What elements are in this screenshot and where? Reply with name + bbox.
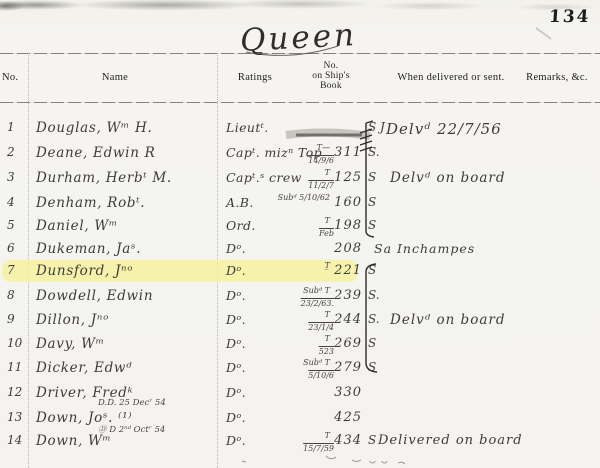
entry-name: Davy, Wᵐ: [36, 336, 105, 352]
entry-book-number: 269: [318, 336, 362, 351]
ledger-row: 9 Dillon, Jⁿᵒ Dᵒ. T 23/1/4 244 S. Delvᵈ …: [0, 312, 600, 336]
entry-delivery-mark: S.: [368, 145, 380, 159]
entry-book-number: 221: [318, 263, 362, 278]
entry-name-note: D.D. 25 Decʳ 54: [98, 398, 166, 408]
entry-number: 12: [7, 385, 29, 399]
entry-delivery-note: Sa Inchampes: [374, 241, 475, 256]
entry-number: 6: [7, 241, 29, 255]
entry-rating: Dᵒ.: [226, 385, 246, 400]
entry-name: Dukeman, Jaˢ.: [36, 241, 141, 257]
entry-delivery-mark: S: [368, 263, 376, 277]
entry-name: Douglas, Wᵐ H.: [36, 120, 152, 136]
entry-name: Denham, Robᵗ.: [36, 195, 145, 211]
entry-book-annotation: T: [240, 310, 330, 319]
page-number: 134: [548, 7, 591, 27]
entry-name: Down, Wᵐ: [36, 433, 112, 449]
entry-delivery-note: Delvᵈ on board: [390, 170, 505, 186]
entry-number: 1: [7, 120, 29, 134]
entry-delivery-note: Delvᵈ 22/7/56: [386, 120, 502, 138]
entry-book-annotation: Subᵈ 5/10/62: [240, 193, 330, 202]
entry-book-annotation: Subᵈ T: [240, 358, 330, 367]
entry-rating: Dᵒ.: [226, 410, 246, 425]
entry-book-number: 279: [318, 360, 362, 375]
entry-delivery-mark: S J: [368, 120, 385, 134]
entry-name: Daniel, Wᵐ: [36, 218, 118, 234]
entry-book-number: 330: [318, 385, 362, 400]
entry-number: 14: [7, 433, 29, 447]
entry-rating: Lieutᵗ.: [226, 120, 269, 135]
entry-delivery-note: Delvᵈ on board: [390, 312, 505, 328]
entry-rating: Dᵒ.: [226, 241, 246, 256]
entry-name: Dillon, Jⁿᵒ: [36, 312, 109, 328]
entry-delivery-mark: S: [368, 433, 376, 447]
entry-book-annotation: T: [240, 334, 330, 343]
entry-name: Dunsford, Jⁿᵒ: [36, 263, 133, 279]
entry-delivery-mark: S.: [368, 312, 380, 326]
ledger-row: 5 Daniel, Wᵐ Ord. T Feb 198 S: [0, 218, 600, 242]
entry-book-annotation: Subᵈ T: [240, 286, 330, 295]
column-header-name: Name: [55, 72, 175, 83]
entry-delivery-mark: S.: [368, 288, 380, 302]
scan-smudge-top: [0, 0, 600, 18]
entry-number: 5: [7, 218, 29, 232]
entry-book-number: 244: [318, 312, 362, 327]
entry-number: 11: [7, 360, 29, 374]
entry-book-annotation: T—: [240, 143, 330, 152]
column-header-remarks: Remarks, &c.: [517, 72, 597, 83]
entry-delivery-mark: S: [368, 336, 376, 350]
ship-book-line2: on Ship's: [301, 71, 361, 81]
entry-number: 4: [7, 195, 29, 209]
entry-delivery-mark: S: [368, 195, 376, 209]
entry-delivery-mark: S: [368, 360, 376, 374]
entry-book-number: 434: [318, 433, 362, 448]
entry-name: Durham, Herbᵗ M.: [36, 170, 172, 186]
entry-book-number: 239: [318, 288, 362, 303]
ledger-row: 1 Douglas, Wᵐ H. Lieutᵗ. S J Delvᵈ 22/7/…: [0, 120, 600, 144]
entry-book-number: 208: [318, 241, 362, 256]
entry-book-annotation: T: [240, 168, 330, 177]
column-header-delivered: When delivered or sent.: [391, 72, 511, 83]
entry-delivery-mark: S: [368, 218, 376, 232]
ledger-row: 12 Driver, Fredᵏ D.D. 25 Decʳ 54 Dᵒ. 330: [0, 385, 600, 409]
entry-number: 10: [7, 336, 29, 350]
ledger-row: 7 Dunsford, Jⁿᵒ Dᵒ. T̲ 221 S: [0, 263, 600, 287]
ledger-row: 14 Down, Wᵐ Dᵒ. T 15/7/59 434 S Delivere…: [0, 433, 600, 457]
bottom-partial-scribbles: [242, 456, 405, 464]
entry-number: 8: [7, 288, 29, 302]
entry-book-annotation: T: [240, 431, 330, 440]
entry-book-number: 160: [318, 195, 362, 210]
entry-name: Deane, Edwin R: [36, 145, 155, 161]
entry-book-annotation: T̲: [240, 261, 330, 270]
entry-book-number: 311: [318, 145, 362, 160]
ledger-page: Queen 134 No. Name Ratings No. on Ship's…: [0, 0, 600, 468]
header-bottom-rule: [0, 102, 600, 103]
ledger-row: 3 Durham, Herbᵗ M. Capᵗ.ˢ crew T 11/2/7 …: [0, 170, 600, 194]
entry-number: 7: [7, 263, 29, 277]
page-number-smear: [536, 28, 551, 39]
column-header-no: No.: [2, 72, 32, 83]
ledger-row: 10 Davy, Wᵐ Dᵒ. T 523 269 S: [0, 336, 600, 360]
entry-number: 3: [7, 170, 29, 184]
entry-number: 2: [7, 145, 29, 159]
entry-name: Dicker, Edwᵈ: [36, 360, 132, 376]
column-header-ratings: Ratings: [225, 72, 285, 83]
ship-book-line3: Book: [301, 81, 361, 91]
entry-number: 9: [7, 312, 29, 326]
column-header-ship-book: No. on Ship's Book: [301, 61, 361, 91]
entry-book-number: 425: [318, 410, 362, 425]
entry-book-annotation: T: [240, 216, 330, 225]
entry-book-number: 125: [318, 170, 362, 185]
entry-delivery-note: Delivered on board: [378, 433, 523, 448]
header-top-rule: [0, 53, 600, 54]
ledger-row: 2 Deane, Edwin R Capᵗ. mizⁿ Top T— 14/9/…: [0, 145, 600, 169]
ship-book-line1: No.: [301, 61, 361, 71]
ledger-row: 8 Dowdell, Edwin Dᵒ. Subᵈ T 23/2/63. 239…: [0, 288, 600, 312]
entry-number: 13: [7, 410, 29, 424]
entry-book-number: 198: [318, 218, 362, 233]
entry-delivery-mark: S: [368, 170, 376, 184]
ledger-row: 11 Dicker, Edwᵈ Dᵒ. Subᵈ T 5/10/6 279 S: [0, 360, 600, 384]
entry-name: Dowdell, Edwin: [36, 288, 153, 304]
